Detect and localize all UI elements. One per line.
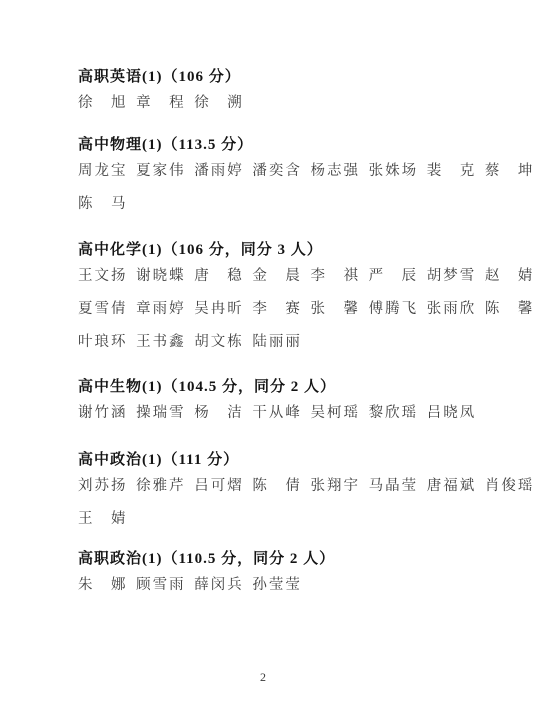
- subject-section: 高中物理(1)（113.5 分）周龙宝 夏家伟 潘雨婷 潘奕含 杨志强 张姝场 …: [78, 137, 482, 229]
- subject-section: 高中生物(1)（104.5 分，同分 2 人）谢竹涵 操瑞雪 杨 洁 干从峰 吴…: [78, 379, 482, 438]
- name-line: 王文扬 谢晓蝶 唐 稳 金 晨 李 祺 严 辰 胡梦雪 赵 婧: [78, 268, 482, 285]
- name-line: 周龙宝 夏家伟 潘雨婷 潘奕含 杨志强 张姝场 裴 克 蔡 坤: [78, 163, 482, 180]
- section-heading: 高中政治(1)（111 分）: [78, 452, 482, 469]
- name-line: 徐 旭 章 程 徐 溯: [78, 95, 482, 112]
- section-heading: 高职英语(1)（106 分）: [78, 69, 482, 86]
- subject-section: 高中化学(1)（106 分，同分 3 人）王文扬 谢晓蝶 唐 稳 金 晨 李 祺…: [78, 242, 482, 367]
- section-heading: 高职政治(1)（110.5 分，同分 2 人）: [78, 551, 482, 568]
- subject-section: 高中政治(1)（111 分）刘苏扬 徐雅芹 吕可熠 陈 倩 张翔宇 马晶莹 唐福…: [78, 452, 482, 544]
- page-number: 2: [78, 670, 448, 685]
- name-line: 刘苏扬 徐雅芹 吕可熠 陈 倩 张翔宇 马晶莹 唐福斌 肖俊瑶: [78, 478, 482, 495]
- section-heading: 高中化学(1)（106 分，同分 3 人）: [78, 242, 482, 259]
- subject-section: 高职政治(1)（110.5 分，同分 2 人）朱 娜 顾雪雨 薛闵兵 孙莹莹: [78, 551, 482, 610]
- name-line: 王 婧: [78, 511, 482, 528]
- subject-section: 高职英语(1)（106 分）徐 旭 章 程 徐 溯: [78, 69, 482, 128]
- name-line: 陈 马: [78, 196, 482, 213]
- name-line: 朱 娜 顾雪雨 薛闵兵 孙莹莹: [78, 577, 482, 594]
- name-line: 叶琅环 王书鑫 胡文栋 陆丽丽: [78, 334, 482, 351]
- name-line: 夏雪倩 章雨婷 吴冉昕 李 赛 张 馨 傅腾飞 张雨欣 陈 馨: [78, 301, 482, 318]
- section-heading: 高中物理(1)（113.5 分）: [78, 137, 482, 154]
- section-heading: 高中生物(1)（104.5 分，同分 2 人）: [78, 379, 482, 396]
- section-list: 高职英语(1)（106 分）徐 旭 章 程 徐 溯高中物理(1)（113.5 分…: [78, 0, 482, 717]
- name-line: 谢竹涵 操瑞雪 杨 洁 干从峰 吴柯瑶 黎欣瑶 吕晓凤: [78, 405, 482, 422]
- document-page: 高职英语(1)（106 分）徐 旭 章 程 徐 溯高中物理(1)（113.5 分…: [0, 0, 554, 717]
